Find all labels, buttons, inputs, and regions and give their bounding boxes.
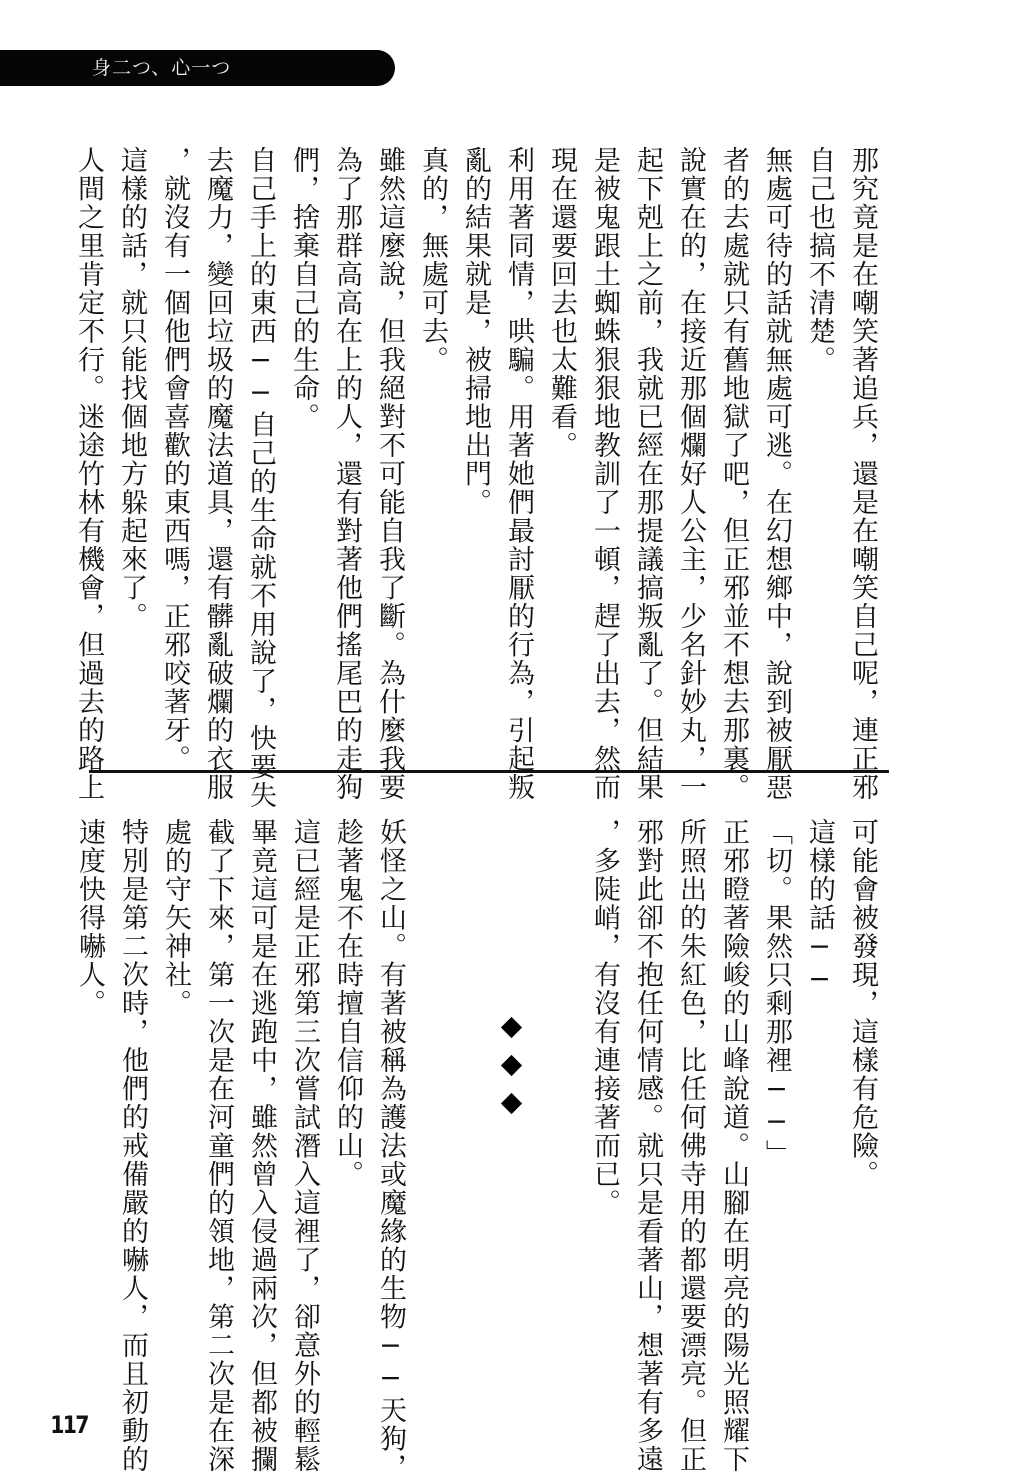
diamond-icon [500, 1017, 521, 1038]
text-column: 是被鬼跟土蜘蛛狠狠地教訓了一頓，趕了出去，然而 [583, 146, 626, 736]
text-column: 利用著同情，哄騙。用著她們最討厭的行為，引起叛 [497, 146, 540, 736]
text-column: 可能會被發現，這樣有危險。 [841, 818, 884, 1408]
text-column: 這已經是正邪第三次嘗試潛入這裡了，卻意外的輕鬆 [283, 818, 326, 1408]
text-column: 說實在的，在接近那個爛好人公主，少名針妙丸，一 [669, 146, 712, 736]
text-column: 正邪瞪著險峻的山峰說道。山腳在明亮的陽光照耀下 [712, 818, 755, 1408]
text-column: 特別是第二次時，他們的戒備嚴的嚇人，而且初動的 [111, 818, 154, 1408]
text-column: 處的守矢神社。 [154, 818, 197, 1408]
text-column: 雖然這麼說，但我絕對不可能自我了斷。為什麼我要 [368, 146, 411, 736]
text-column: 邪對此卻不抱任何情感。就只是看著山，想著有多遠 [626, 818, 669, 1408]
text-column: 真的，無處可去。 [411, 146, 454, 736]
page-number: 117 [50, 1411, 87, 1439]
text-column: 人間之里肯定不行。迷途竹林有機會，但過去的路上 [67, 146, 110, 736]
text-column: 截了下來，第一次是在河童們的領地，第二次是在深 [197, 818, 240, 1408]
horizontal-divider [89, 770, 889, 773]
text-column: 趁著鬼不在時擅自信仰的山。 [326, 818, 369, 1408]
text-column: 這樣的話── [798, 818, 841, 1408]
chapter-title: 身二つ、心一つ [92, 54, 231, 82]
text-column: 自己手上的東西──自己的生命就不用說了，快要失 [239, 146, 282, 736]
text-column: 所照出的朱紅色，比任何佛寺用的都還要漂亮。但正 [669, 818, 712, 1408]
diamond-icon [500, 1055, 521, 1076]
lower-text-block-before-break: 可能會被發現，這樣有危險。 這樣的話── 「切。果然只剩那裡──」 正邪瞪著險峻… [583, 818, 884, 1408]
text-column: 亂的結果就是，被掃地出門。 [454, 146, 497, 736]
diamond-icon [500, 1093, 521, 1114]
lower-text-block-after-break: 妖怪之山。有著被稱為護法或魔緣的生物──天狗， 趁著鬼不在時擅自信仰的山。 這已… [68, 818, 412, 1408]
text-column: 為了那群高高在上的人，還有對著他們搖尾巴的走狗 [325, 146, 368, 736]
text-column: 妖怪之山。有著被稱為護法或魔緣的生物──天狗， [369, 818, 412, 1408]
text-column: ，多陡峭，有沒有連接著而已。 [583, 818, 626, 1408]
upper-text-block: 那究竟是在嘲笑著追兵，還是在嘲笑自己呢，連正邪 自己也搞不清楚。 無處可待的話就… [67, 146, 884, 736]
text-column: 現在還要回去也太難看。 [540, 146, 583, 736]
text-column: 「切。果然只剩那裡──」 [755, 818, 798, 1408]
text-column: 自己也搞不清楚。 [798, 146, 841, 736]
text-column: 去魔力，變回垃圾的魔法道具，還有髒亂破爛的衣服 [196, 146, 239, 736]
text-column: 起下剋上之前，我就已經在那提議搞叛亂了。但結果 [626, 146, 669, 736]
text-column: 們，捨棄自己的生命。 [282, 146, 325, 736]
text-column: 那究竟是在嘲笑著追兵，還是在嘲笑自己呢，連正邪 [841, 146, 884, 736]
text-column: ，就沒有一個他們會喜歡的東西嗎，正邪咬著牙。 [153, 146, 196, 736]
text-column: 者的去處就只有舊地獄了吧，但正邪並不想去那裏。 [712, 146, 755, 736]
chapter-header-bar: 身二つ、心一つ [0, 50, 395, 86]
section-break [498, 1020, 524, 1134]
text-column: 這樣的話，就只能找個地方躲起來了。 [110, 146, 153, 736]
text-column: 無處可待的話就無處可逃。在幻想鄉中，說到被厭惡 [755, 146, 798, 736]
text-column: 速度快得嚇人。 [68, 818, 111, 1408]
text-column: 畢竟這可是在逃跑中，雖然曾入侵過兩次，但都被攔 [240, 818, 283, 1408]
